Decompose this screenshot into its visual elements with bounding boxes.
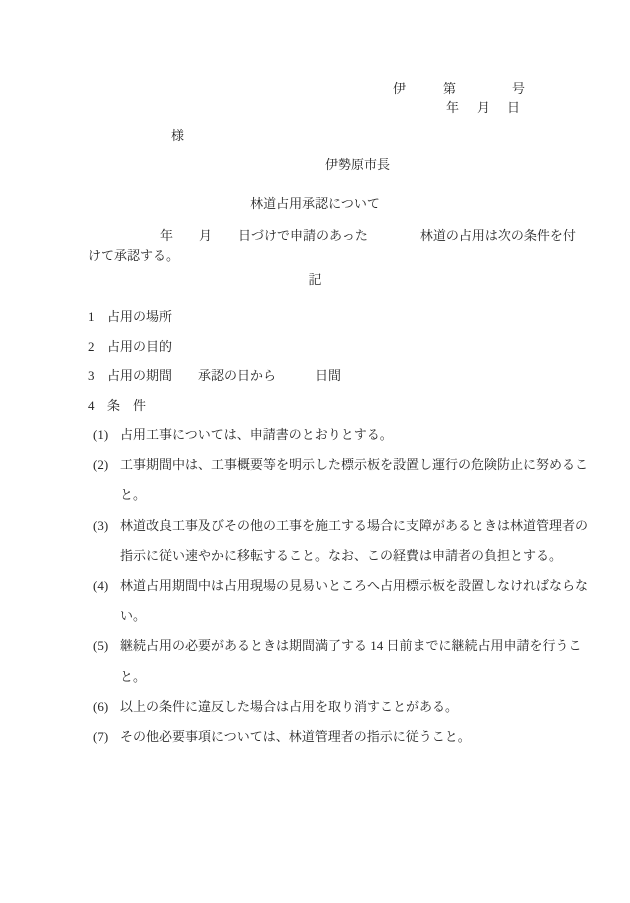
condition-5: (5)継続占用の必要があるときは期間満了する 14 日前までに継続占用申請を行う… [0, 637, 630, 667]
item-list: 1占用の場所 2占用の目的 3占用の期間 承認の日から 日間 4条 件 [0, 308, 630, 427]
condition-2-continued: と。 [0, 486, 630, 516]
condition-text: 林道占用期間中は占用現場の見易いところへ占用標示板を設置しなければならな [120, 578, 588, 593]
condition-2: (2)工事期間中は、工事概要等を明示した標示板を設置し運行の危険防止に努めるこ [0, 456, 630, 486]
item-number: 1 [88, 308, 107, 325]
condition-6: (6)以上の条件に違反した場合は占用を取り消すことがある。 [0, 698, 630, 728]
condition-4-continued: い。 [0, 607, 630, 637]
condition-3: (3)林道改良工事及びその他の工事を施工する場合に支障があるときは林道管理者の [0, 517, 630, 547]
body-paragraph: 年 月 日づけで申請のあった 林道の占用は次の条件を付 けて承認する。 [88, 227, 576, 267]
condition-number: (6) [93, 698, 120, 715]
item-text: 条 件 [107, 398, 146, 413]
condition-number: (4) [93, 577, 120, 594]
date-year-label: 年 [446, 99, 459, 116]
condition-text: 占用工事については、申請書のとおりとする。 [120, 427, 393, 442]
ki-separator: 記 [0, 271, 630, 288]
condition-3-continued: 指示に従い速やかに移転すること。なお、この経費は申請者の負担とする。 [0, 547, 630, 577]
condition-4: (4)林道占用期間中は占用現場の見易いところへ占用標示板を設置しなければならな [0, 577, 630, 607]
condition-number: (2) [93, 456, 120, 473]
condition-1: (1)占用工事については、申請書のとおりとする。 [0, 426, 630, 456]
item-conditions: 4条 件 [0, 397, 630, 427]
item-number: 3 [88, 367, 107, 384]
doc-number-suffix: 号 [512, 80, 525, 97]
item-purpose: 2占用の目的 [0, 338, 630, 368]
sender-name: 伊勢原市長 [325, 156, 390, 173]
condition-text: 工事期間中は、工事概要等を明示した標示板を設置し運行の危険防止に努めるこ [120, 457, 588, 472]
date-month-label: 月 [477, 99, 490, 116]
document-page: 伊 第 号 年 月 日 様 伊勢原市長 林道占用承認について 年 月 日づけで申… [0, 0, 630, 903]
condition-7: (7)その他必要事項については、林道管理者の指示に従うこと。 [0, 728, 630, 758]
item-number: 2 [88, 338, 107, 355]
document-title: 林道占用承認について [0, 195, 630, 212]
condition-text: 以上の条件に違反した場合は占用を取り消すことがある。 [120, 699, 458, 714]
date-day-label: 日 [507, 99, 520, 116]
item-text: 占用の場所 [107, 309, 172, 324]
body-line-2: けて承認する。 [88, 247, 576, 267]
condition-text: 林道改良工事及びその他の工事を施工する場合に支障があるときは林道管理者の [120, 518, 588, 533]
condition-text: 継続占用の必要があるときは期間満了する 14 日前までに継続占用申請を行うこ [120, 638, 582, 653]
item-number: 4 [88, 397, 107, 414]
doc-number-dai: 第 [443, 80, 456, 97]
item-text: 占用の期間 承認の日から 日間 [107, 368, 341, 383]
item-place: 1占用の場所 [0, 308, 630, 338]
doc-number-prefix: 伊 [393, 80, 406, 97]
condition-list: (1)占用工事については、申請書のとおりとする。 (2)工事期間中は、工事概要等… [0, 426, 630, 758]
condition-number: (7) [93, 728, 120, 745]
condition-number: (3) [93, 517, 120, 534]
body-line-1: 年 月 日づけで申請のあった 林道の占用は次の条件を付 [88, 227, 576, 247]
recipient-honorific: 様 [171, 127, 184, 144]
condition-number: (5) [93, 637, 120, 654]
item-period: 3占用の期間 承認の日から 日間 [0, 367, 630, 397]
condition-5-continued: と。 [0, 668, 630, 698]
item-text: 占用の目的 [107, 339, 172, 354]
condition-number: (1) [93, 426, 120, 443]
condition-text: その他必要事項については、林道管理者の指示に従うこと。 [120, 729, 471, 744]
